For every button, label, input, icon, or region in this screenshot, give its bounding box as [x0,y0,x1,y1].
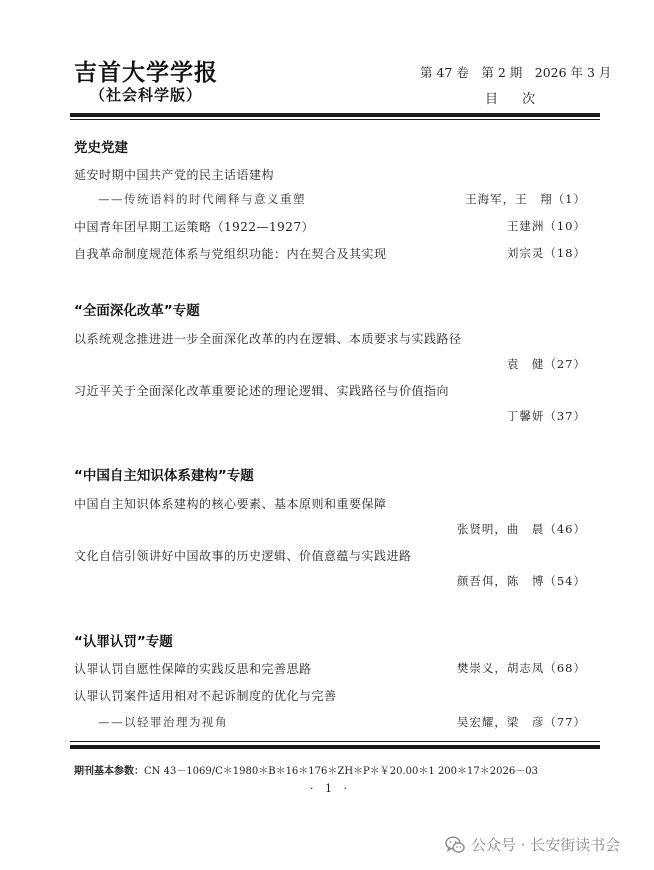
journal-title: 吉首大学学报 [74,54,218,87]
article-authors: 颜吾佴，陈 博 [457,574,545,588]
page-number: · 1 · [310,782,351,795]
journal-parameters: 期刊基本参数：CN 43－1069/C＊1980＊B＊16＊176＊ZH＊P＊￥… [74,762,538,777]
article-title: 以系统观念推进进一步全面深化改革的内在逻辑、本质要求与实践路径 [74,330,462,347]
article-page: （77） [544,715,586,729]
article-author-page: 丁馨妍（37） [507,408,586,424]
article-page: （18） [544,246,586,260]
article-title: 延安时期中国共产党的民主话语建构 [74,166,274,183]
article-authors: 吴宏耀，梁 彦 [457,715,545,729]
article-authors: 张贤明，曲 晨 [457,522,545,536]
article-title: 认罪认罚自愿性保障的实践反思和完善思路 [74,660,312,677]
article-authors: 王海军，王 翔 [465,192,553,206]
params-label: 期刊基本参数： [74,766,144,777]
article-title: 认罪认罚案件适用相对不起诉制度的优化与完善 [74,687,337,704]
issue-info: 第 47 卷 第 2 期 2026 年 3 月 [420,63,611,81]
article-authors: 王建洲 [507,219,545,233]
article-page: （68） [544,661,586,675]
section-heading: “认罪认罚”专题 [74,630,173,650]
article-page: （1） [553,192,586,206]
watermark: 公众号 · 长安街读书会 [445,834,620,855]
article-author-page: 王海军，王 翔（1） [465,191,586,207]
watermark-text: 公众号 · 长安街读书会 [471,834,620,855]
toc-label: 目 次 [485,88,545,107]
params-value: CN 43－1069/C＊1980＊B＊16＊176＊ZH＊P＊￥20.00＊1… [144,766,538,777]
article-subtitle: ——传统语料的时代阐释与意义重塑 [98,191,306,207]
journal-subtitle: （社会科学版） [90,84,202,105]
article-authors: 袁 健 [507,357,545,371]
article-page: （10） [544,219,586,233]
article-author-page: 吴宏耀，梁 彦（77） [457,714,586,730]
article-author-page: 袁 健（27） [507,356,586,372]
article-title: 文化自信引领讲好中国故事的历史逻辑、价值意蕴与实践进路 [74,547,412,564]
article-author-page: 王建洲（10） [507,218,586,234]
article-subtitle: ——以轻罪治理为视角 [98,714,228,730]
footer-rule-thick [70,745,600,749]
article-authors: 刘宗灵 [507,246,545,260]
header-rule-thick [70,113,600,117]
wechat-icon [445,836,465,854]
article-page: （46） [544,522,586,536]
article-page: （27） [544,357,586,371]
article-title: 自我革命制度规范体系与党组织功能：内在契合及其实现 [74,245,387,262]
article-title: 中国青年团早期工运策略（1922—1927） [74,218,314,235]
header-rule-thin [70,119,600,120]
article-page: （37） [544,409,586,423]
article-author-page: 颜吾佴，陈 博（54） [457,573,586,589]
section-heading: “中国自主知识体系建构”专题 [74,464,254,484]
article-title: 习近平关于全面深化改革重要论述的理论逻辑、实践路径与价值指向 [74,382,449,399]
article-page: （54） [544,574,586,588]
article-author-page: 张贤明，曲 晨（46） [457,521,586,537]
article-authors: 丁馨妍 [507,409,545,423]
article-author-page: 刘宗灵（18） [507,245,586,261]
article-title: 中国自主知识体系建构的核心要素、基本原则和重要保障 [74,495,387,512]
section-heading: “全面深化改革”专题 [74,299,200,319]
article-author-page: 樊崇义，胡志凤（68） [457,660,586,676]
footer-rule-thin [70,741,600,742]
section-heading: 党史党建 [74,136,128,156]
article-authors: 樊崇义，胡志凤 [457,661,545,675]
